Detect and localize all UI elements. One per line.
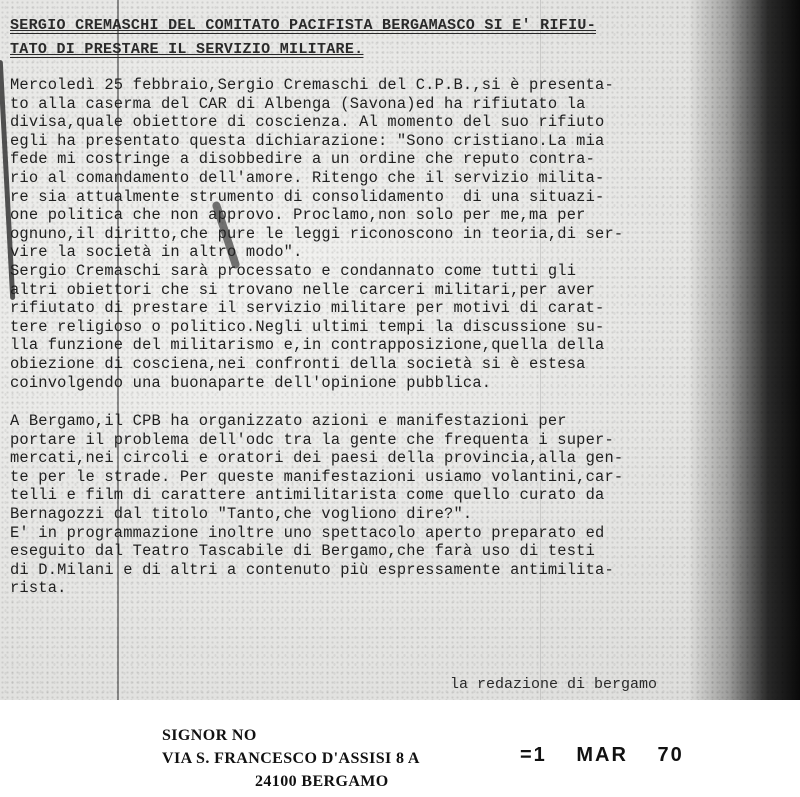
document-body: SERGIO CREMASCHI DEL COMITATO PACIFISTA … xyxy=(10,14,790,598)
text-line: altri obiettori che si trovano nelle car… xyxy=(10,281,790,300)
title-line: SERGIO CREMASCHI DEL COMITATO PACIFISTA … xyxy=(10,14,790,38)
date-stamp-year: 70 xyxy=(657,744,683,766)
paragraph-2: Sergio Cremaschi sarà processato e conda… xyxy=(10,262,790,392)
text-line: E' in programmazione inoltre uno spettac… xyxy=(10,524,790,543)
text-line: di D.Milani e di altri a contenuto più e… xyxy=(10,561,790,580)
text-line: rio al comandamento dell'amore. Ritengo … xyxy=(10,169,790,188)
date-stamp-day: =1 xyxy=(520,744,547,766)
date-stamp: =1 MAR 70 xyxy=(520,744,706,767)
text-line: rifiutato di prestare il servizio milita… xyxy=(10,299,790,318)
address-recipient: SIGNOR NO xyxy=(162,724,420,747)
text-line: rista. xyxy=(10,579,790,598)
document-title: SERGIO CREMASCHI DEL COMITATO PACIFISTA … xyxy=(10,14,790,62)
address-label: SIGNOR NO VIA S. FRANCESCO D'ASSISI 8 A … xyxy=(162,724,420,793)
paragraph-3: A Bergamo,il CPB ha organizzato azioni e… xyxy=(10,412,790,598)
text-line: ognuno,il diritto,che pure le leggi rico… xyxy=(10,225,790,244)
text-line: Sergio Cremaschi sarà processato e conda… xyxy=(10,262,790,281)
date-stamp-month: MAR xyxy=(576,744,628,766)
paragraph-1: Mercoledì 25 febbraio,Sergio Cremaschi d… xyxy=(10,76,790,262)
text-line: mercati,nei circoli e oratori dei paesi … xyxy=(10,449,790,468)
text-line: divisa,quale obiettore di coscienza. Al … xyxy=(10,113,790,132)
text-line: one politica che non approvo. Proclamo,n… xyxy=(10,206,790,225)
address-city: 24100 BERGAMO xyxy=(162,770,420,793)
text-line: Bernagozzi dal titolo "Tanto,che voglion… xyxy=(10,505,790,524)
text-line: lla funzione del militarismo e,in contra… xyxy=(10,336,790,355)
text-line: to alla caserma del CAR di Albenga (Savo… xyxy=(10,95,790,114)
text-line: eseguito dal Teatro Tascabile di Bergamo… xyxy=(10,542,790,561)
text-line: egli ha presentato questa dichiarazione:… xyxy=(10,132,790,151)
text-line: A Bergamo,il CPB ha organizzato azioni e… xyxy=(10,412,790,431)
paragraph-gap xyxy=(10,392,790,412)
scanned-typewritten-page: SERGIO CREMASCHI DEL COMITATO PACIFISTA … xyxy=(0,0,800,700)
title-line: TATO DI PRESTARE IL SERVIZIO MILITARE. xyxy=(10,38,790,62)
text-line: obiezione di cosciena,nei confronti dell… xyxy=(10,355,790,374)
address-street: VIA S. FRANCESCO D'ASSISI 8 A xyxy=(162,747,420,770)
text-line: tere religioso o politico.Negli ultimi t… xyxy=(10,318,790,337)
text-line: fede mi costringe a disobbedire a un ord… xyxy=(10,150,790,169)
text-line: te per le strade. Per queste manifestazi… xyxy=(10,468,790,487)
text-line: coinvolgendo una buonaparte dell'opinion… xyxy=(10,374,790,393)
signature: la redazione di bergamo xyxy=(450,676,657,693)
text-line: re sia attualmente strumento di consolid… xyxy=(10,188,790,207)
text-line: telli e film di carattere antimilitarist… xyxy=(10,486,790,505)
text-line: portare il problema dell'odc tra la gent… xyxy=(10,431,790,450)
text-line: Mercoledì 25 febbraio,Sergio Cremaschi d… xyxy=(10,76,790,95)
text-line: vire la società in altro modo". xyxy=(10,243,790,262)
